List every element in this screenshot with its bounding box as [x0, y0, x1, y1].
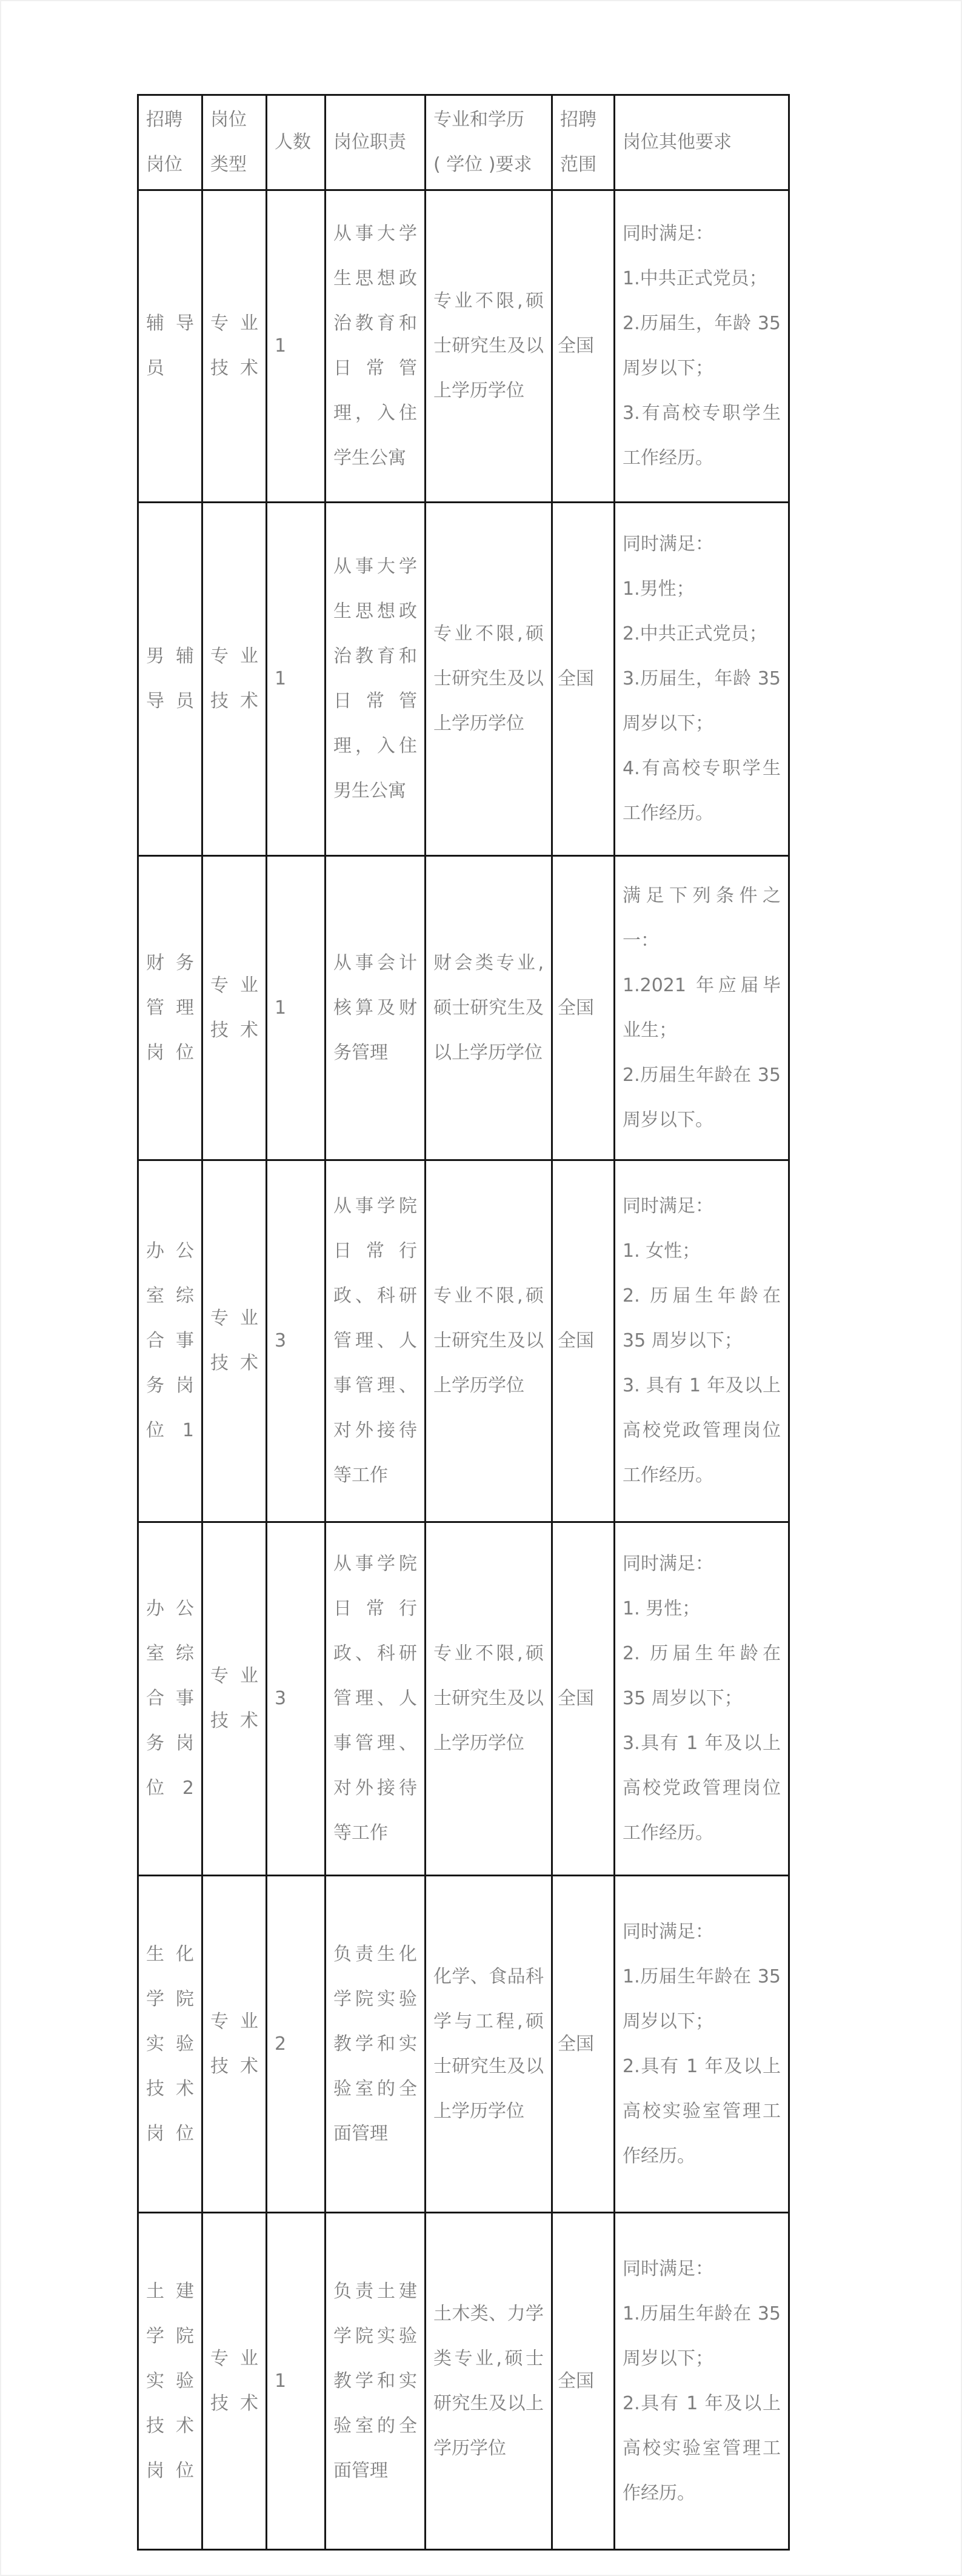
cell-count: 3 — [267, 1522, 326, 1876]
cell-major: 化学、食品科学与工程,硕士研究生及以上学历学位 — [426, 1876, 552, 2213]
cell-major: 专业不限,硕士研究生及以上学历学位 — [426, 190, 552, 503]
cell-count: 2 — [267, 1876, 326, 2213]
header-duty: 岗位职责 — [326, 95, 426, 190]
table-row: 办公室综合事务岗位2 专业技术 3 从事学院日常行政、科研管理、人事管理、对外接… — [138, 1522, 789, 1876]
cell-major: 专业不限,硕士研究生及以上学历学位 — [426, 1522, 552, 1876]
cell-count: 1 — [267, 190, 326, 503]
cell-other: 同时满足： 1. 男性； 2. 历届生年龄在 35 周岁以下； 3.具有 1 年… — [615, 1522, 789, 1876]
cell-scope: 全国 — [552, 2213, 615, 2550]
cell-type: 专业技术 — [202, 1160, 267, 1522]
table-row: 辅导员 专业技术 1 从事大学生思想政治教育和日常管理，入住学生公寓 专业不限,… — [138, 190, 789, 503]
cell-position: 男辅导员 — [138, 503, 202, 856]
header-count: 人数 — [267, 95, 326, 190]
cell-position: 辅导员 — [138, 190, 202, 503]
cell-count: 3 — [267, 1160, 326, 1522]
header-scope: 招聘 范围 — [552, 95, 615, 190]
table-row: 生化学院实验技术岗位 专业技术 2 负责生化学院实验教学和实验室的全面管理 化学… — [138, 1876, 789, 2213]
cell-major: 土木类、力学类专业,硕士研究生及以上学历学位 — [426, 2213, 552, 2550]
cell-scope: 全国 — [552, 1876, 615, 2213]
header-major: 专业和学历 ( 学位 )要求 — [426, 95, 552, 190]
cell-major: 专业不限,硕士研究生及以上学历学位 — [426, 1160, 552, 1522]
cell-type: 专业技术 — [202, 1876, 267, 2213]
recruitment-table: 招聘 岗位 岗位 类型 人数 岗位职责 专业和学历 ( 学位 )要求 招聘 范围… — [137, 94, 790, 2551]
cell-position: 土建学院实验技术岗位 — [138, 2213, 202, 2550]
cell-duty: 从事学院日常行政、科研管理、人事管理、对外接待等工作 — [326, 1160, 426, 1522]
cell-duty: 从事大学生思想政治教育和日常管理，入住学生公寓 — [326, 190, 426, 503]
cell-major: 专业不限,硕士研究生及以上学历学位 — [426, 503, 552, 856]
table-row: 财务管理岗位 专业技术 1 从事会计核算及财务管理 财会类专业,硕士研究生及以上… — [138, 856, 789, 1160]
cell-type: 专业技术 — [202, 1522, 267, 1876]
header-other: 岗位其他要求 — [615, 95, 789, 190]
cell-position: 办公室综合事务岗位1 — [138, 1160, 202, 1522]
cell-type: 专业技术 — [202, 190, 267, 503]
cell-duty: 从事学院日常行政、科研管理、人事管理、对外接待等工作 — [326, 1522, 426, 1876]
table-row: 办公室综合事务岗位1 专业技术 3 从事学院日常行政、科研管理、人事管理、对外接… — [138, 1160, 789, 1522]
page: 招聘 岗位 岗位 类型 人数 岗位职责 专业和学历 ( 学位 )要求 招聘 范围… — [0, 0, 962, 2576]
cell-scope: 全国 — [552, 503, 615, 856]
cell-major: 财会类专业,硕士研究生及以上学历学位 — [426, 856, 552, 1160]
cell-other: 同时满足： 1.男性； 2.中共正式党员； 3.历届生，年龄 35 周岁以下； … — [615, 503, 789, 856]
cell-duty: 从事会计核算及财务管理 — [326, 856, 426, 1160]
cell-scope: 全国 — [552, 1160, 615, 1522]
cell-count: 1 — [267, 856, 326, 1160]
cell-scope: 全国 — [552, 856, 615, 1160]
cell-count: 1 — [267, 2213, 326, 2550]
cell-other: 同时满足： 1.中共正式党员； 2.历届生，年龄 35 周岁以下； 3.有高校专… — [615, 190, 789, 503]
cell-duty: 负责土建学院实验教学和实验室的全面管理 — [326, 2213, 426, 2550]
cell-other: 同时满足： 1.历届生年龄在 35 周岁以下； 2.具有 1 年及以上高校实验室… — [615, 2213, 789, 2550]
cell-type: 专业技术 — [202, 856, 267, 1160]
header-position: 招聘 岗位 — [138, 95, 202, 190]
cell-type: 专业技术 — [202, 2213, 267, 2550]
header-type: 岗位 类型 — [202, 95, 267, 190]
table-row: 土建学院实验技术岗位 专业技术 1 负责土建学院实验教学和实验室的全面管理 土木… — [138, 2213, 789, 2550]
cell-type: 专业技术 — [202, 503, 267, 856]
cell-position: 办公室综合事务岗位2 — [138, 1522, 202, 1876]
cell-position: 财务管理岗位 — [138, 856, 202, 1160]
table-row: 男辅导员 专业技术 1 从事大学生思想政治教育和日常管理，入住男生公寓 专业不限… — [138, 503, 789, 856]
cell-scope: 全国 — [552, 1522, 615, 1876]
cell-count: 1 — [267, 503, 326, 856]
cell-other: 同时满足： 1. 女性； 2. 历届生年龄在 35 周岁以下； 3. 具有 1 … — [615, 1160, 789, 1522]
cell-duty: 负责生化学院实验教学和实验室的全面管理 — [326, 1876, 426, 2213]
cell-other: 满足下列条件之一： 1.2021 年应届毕业生； 2.历届生年龄在 35 周岁以… — [615, 856, 789, 1160]
cell-scope: 全国 — [552, 190, 615, 503]
header-row: 招聘 岗位 岗位 类型 人数 岗位职责 专业和学历 ( 学位 )要求 招聘 范围… — [138, 95, 789, 190]
cell-duty: 从事大学生思想政治教育和日常管理，入住男生公寓 — [326, 503, 426, 856]
cell-other: 同时满足： 1.历届生年龄在 35 周岁以下； 2.具有 1 年及以上高校实验室… — [615, 1876, 789, 2213]
cell-position: 生化学院实验技术岗位 — [138, 1876, 202, 2213]
